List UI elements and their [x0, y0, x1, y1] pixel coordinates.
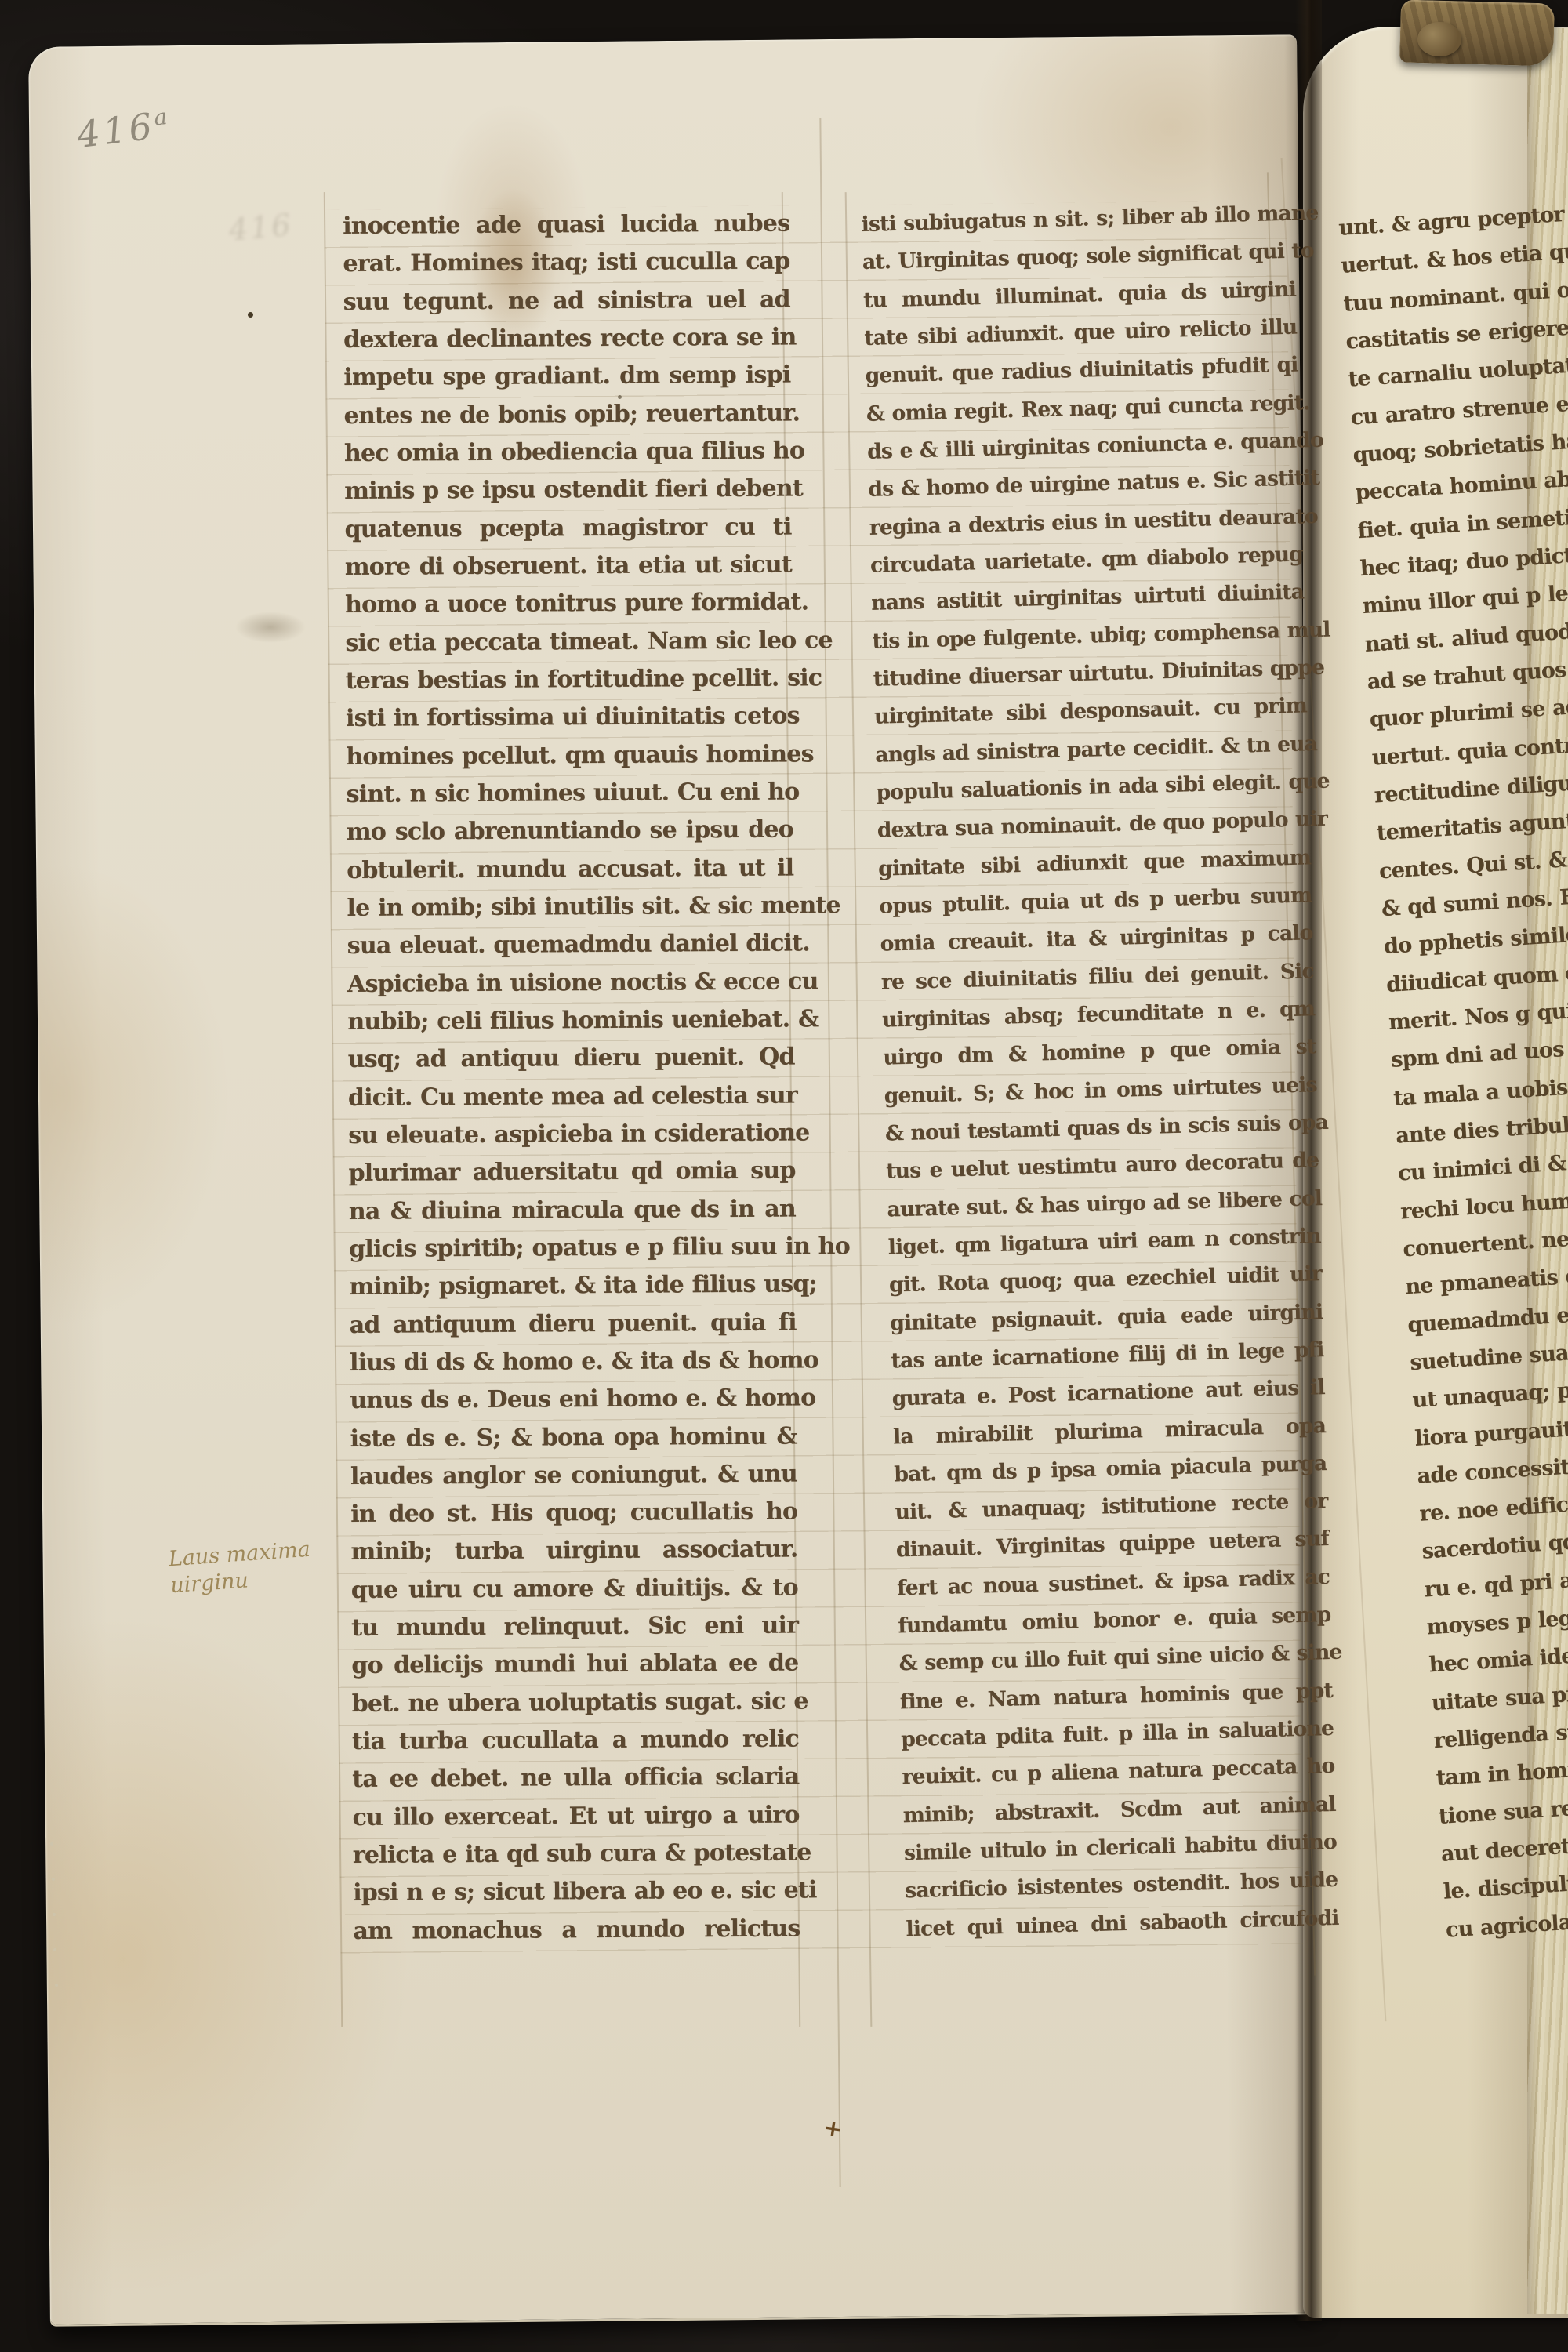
text-line: go delicijs mundi hui ablata ee de: [351, 1645, 798, 1686]
text-line: usq; ad antiquu dieru puenit. Qd: [347, 1039, 794, 1080]
sewing-dot: [55, 1984, 58, 1987]
text-line: na & diuina miracula que ds in an: [349, 1190, 796, 1231]
text-line: relicta e ita qd sub cura & potestate: [353, 1835, 800, 1875]
text-line: tu mundu relinquut. Sic eni uir: [351, 1607, 798, 1648]
text-line: nubib; celi filius hominis ueniebat. &: [347, 1000, 794, 1041]
text-column-right: isti subiugatus n sit. s; liber ab illo …: [861, 195, 1339, 1949]
text-line: plurimar aduersitatu qd omia sup: [348, 1152, 795, 1193]
text-line: dicit. Cu mente mea ad celestia sur: [348, 1076, 795, 1117]
text-line: more di obseruent. ita etia ut sicut: [345, 546, 792, 586]
text-line: su eleuate. aspicieba in csideratione: [348, 1114, 795, 1155]
text-line: unus ds e. Deus eni homo e. & homo: [350, 1380, 797, 1421]
text-line: minib; psignaret. & ita ide filius usq;: [349, 1266, 796, 1307]
text-line: suu tegunt. ne ad sinistra uel ad: [343, 281, 790, 321]
text-line: bet. ne ubera uoluptatis sugat. sic e: [352, 1682, 799, 1723]
text-line: isti in fortissima ui diuinitatis cetos: [346, 698, 793, 739]
text-line: impetu spe gradiant. dm semp ispi: [343, 357, 790, 397]
folio-number-ghost: 416: [227, 208, 294, 248]
text-line: quatenus pcepta magistror cu ti: [344, 508, 791, 549]
text-line: minis p se ipsu ostendit fieri debent: [344, 470, 791, 511]
text-line: iste ds e. S; & bona opa hominu &: [350, 1417, 797, 1458]
parchment-blemish: [235, 612, 306, 643]
text-line: minib; turba uirginu associatur.: [350, 1531, 797, 1572]
sewing-dot: [53, 1948, 56, 1951]
text-line: sic etia peccata timeat. Nam sic leo ce: [345, 622, 792, 662]
quire-mark: +: [822, 2114, 845, 2143]
text-line: lius di ds & homo e. & ita ds & homo: [350, 1341, 797, 1382]
sewing-dot: [52, 1878, 55, 1881]
text-line: sint. n sic homines uiuut. Cu eni ho: [346, 773, 793, 814]
text-line: glicis spiritib; opatus e p filiu suu in…: [349, 1228, 796, 1269]
text-line: homo a uoce tonitrus pure formidat.: [345, 584, 792, 625]
text-line: erat. Homines itaq; isti cuculla cap: [343, 243, 789, 284]
text-line: in deo st. His quoq; cucullatis ho: [350, 1494, 797, 1534]
folio-number-suffix: a: [152, 103, 172, 131]
text-line: tia turba cucullata a mundo relic: [352, 1721, 799, 1762]
text-line: que uiru cu amore & diuitijs. & to: [351, 1569, 798, 1610]
text-line: ipsi n e s; sicut libera ab eo e. sic et…: [353, 1872, 800, 1913]
text-line: am monachus a mundo relictus: [353, 1910, 800, 1951]
text-line: obtulerit. mundu accusat. ita ut il: [347, 849, 793, 890]
text-line: entes ne de bonis opib; reuertantur.: [343, 394, 790, 435]
text-line: hec omia in obediencia qua filius ho: [344, 432, 791, 473]
text-line: Aspicieba in uisione noctis & ecce cu: [347, 963, 794, 1004]
text-line: le in omib; sibi inutilis sit. & sic men…: [347, 887, 793, 927]
sewing-dot: [50, 1842, 53, 1846]
text-column-left: inocentie ade quasi lucida nubeserat. Ho…: [343, 205, 800, 1951]
text-line: dextera declinantes recte cora se in: [343, 318, 790, 359]
text-line: mo sclo abrenuntiando se ipsu deo: [347, 811, 793, 852]
text-line: homines pcellut. qm quauis homines: [346, 735, 793, 776]
sewing-dot: [53, 1913, 56, 1916]
text-line: sua eleuat. quemadmdu daniel dicit.: [347, 925, 794, 966]
text-line: teras bestias in fortitudine pcellit. si…: [346, 659, 793, 700]
ink-speck: [248, 312, 253, 318]
leather-tab-knob: [1417, 22, 1461, 56]
margin-note: Laus maxima uirginu: [168, 1537, 313, 1599]
text-line: inocentie ade quasi lucida nubes: [343, 205, 789, 246]
text-line: laudes anglor se coniungut. & unu: [350, 1455, 797, 1496]
text-line: cu illo exerceat. Et ut uirgo a uiro: [352, 1796, 799, 1837]
text-line: ad antiquum dieru puenit. quia fi: [350, 1304, 797, 1345]
text-line: ta ee debet. ne ulla officia sclaria: [352, 1759, 799, 1799]
